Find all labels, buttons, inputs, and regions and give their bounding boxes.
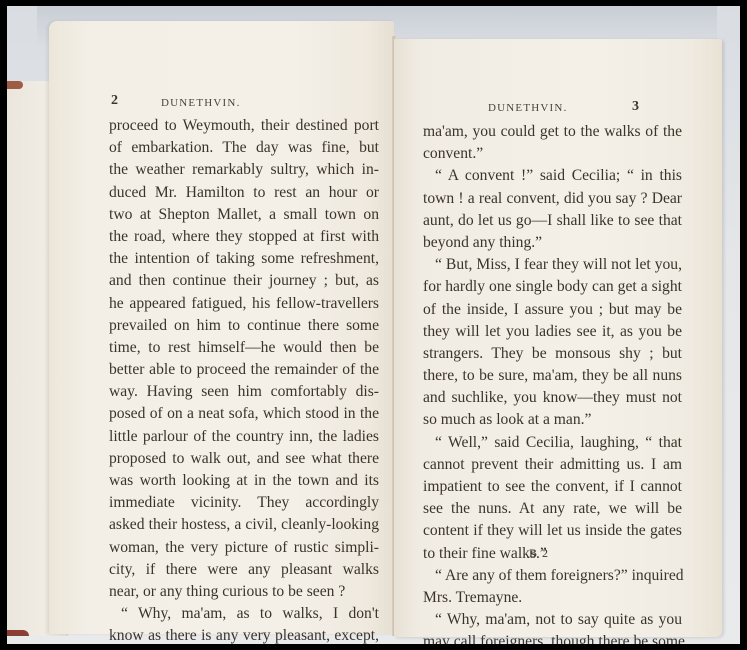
text-line: the intention of taking some refreshment… [109,248,379,270]
text-line: proposed to walk out, and see what there [109,448,379,470]
text-line: city, if there were any pleasant walks [109,559,379,581]
text-line: woman, the very picture of rustic simpli… [109,537,379,559]
text-line: ma'am, you could get to the walks of the [423,121,682,143]
text-line: impatient to see the convent, if I canno… [423,476,682,498]
text-line: way. Having seen him comfortably dis- [109,381,379,403]
text-line: “ But, Miss, I fear they will not let yo… [423,254,682,276]
text-line: convent.” [423,143,682,165]
text-line: immediate vicinity. They accordingly [109,492,379,514]
text-line: asked their hostess, a civil, cleanly-lo… [109,514,379,536]
text-line: he appeared fatigued, his fellow-travell… [109,293,379,315]
text-line: may call foreigners, though there be som… [423,631,682,644]
text-line: and then continue their journey ; but, a… [109,270,379,292]
text-line: the weather remarkably sultry, which in- [109,159,379,181]
text-line: town ! a real convent, did you say ? Dea… [423,188,682,210]
signature-mark: B 2 [529,546,549,561]
right-page-text: ma'am, you could get to the walks of the… [423,121,682,644]
text-line: aunt, do let us go—I shall like to see t… [423,210,682,232]
text-line: of the inside, I assure you ; but may be [423,299,682,321]
text-line: “ Are any of them foreigners?” inquired [423,565,682,587]
text-line: see the nuns. At any rate, we will be [423,498,682,520]
left-page-text: proceed to Weymouth, their destined port… [109,115,379,644]
text-line: to their fine walks.” [423,543,682,565]
book-photograph: 2 DUNETHVIN. proceed to Weymouth, their … [7,6,740,644]
left-page: 2 DUNETHVIN. proceed to Weymouth, their … [49,21,394,634]
text-line: prevailed on him to continue there some [109,315,379,337]
text-line: two at Shepton Mallet, a small town on [109,204,379,226]
running-head-left: DUNETHVIN. [161,97,241,109]
text-line: and suchlike, you know—they must not [423,387,682,409]
text-line: content if they will let us inside the g… [423,520,682,542]
text-line: cannot prevent their admitting us. I am [423,454,682,476]
text-line: better able to proceed the remainder of … [109,359,379,381]
binding-stain-top [7,81,23,89]
text-line: “ Why, ma'am, as to walks, I don't [109,603,379,625]
text-line: “ Why, ma'am, not to say quite as you [423,609,682,631]
page-number-right: 3 [632,99,639,115]
text-line: beyond any thing.” [423,232,682,254]
text-line: time, to rest himself—he would then be [109,337,379,359]
text-line: strangers. They be monsous shy ; but [423,343,682,365]
right-page: DUNETHVIN. 3 ma'am, you could get to the… [394,39,722,637]
page-number-left: 2 [111,93,118,109]
text-line: “ Well,” said Cecilia, laughing, “ that [423,432,682,454]
text-line: Mrs. Tremayne. [423,587,682,609]
text-line: there, to be sure, ma'am, they be all nu… [423,365,682,387]
binding-stain-bottom [7,630,29,636]
text-line: “ A convent !” said Cecilia; “ in this [423,165,682,187]
text-line: duced Mr. Hamilton to rest an hour or [109,182,379,204]
text-line: of embarkation. The day was fine, but [109,137,379,159]
text-line: was worth looking at in the town and its [109,470,379,492]
text-line: the road, where they stopped at first wi… [109,226,379,248]
running-head-right: DUNETHVIN. [488,102,568,114]
text-line: for hardly one single body can get a sig… [423,276,682,298]
text-line: proceed to Weymouth, their destined port [109,115,379,137]
text-line: they will let you ladies see it, as you … [423,321,682,343]
text-line: little parlour of the country inn, the l… [109,426,379,448]
text-line: so much as look at a man.” [423,409,682,431]
text-line: posed of on a neat sofa, which stood in … [109,403,379,425]
text-line: know as there is any very pleasant, exce… [109,625,379,644]
text-line: near, or any thing curious to be seen ? [109,581,379,603]
